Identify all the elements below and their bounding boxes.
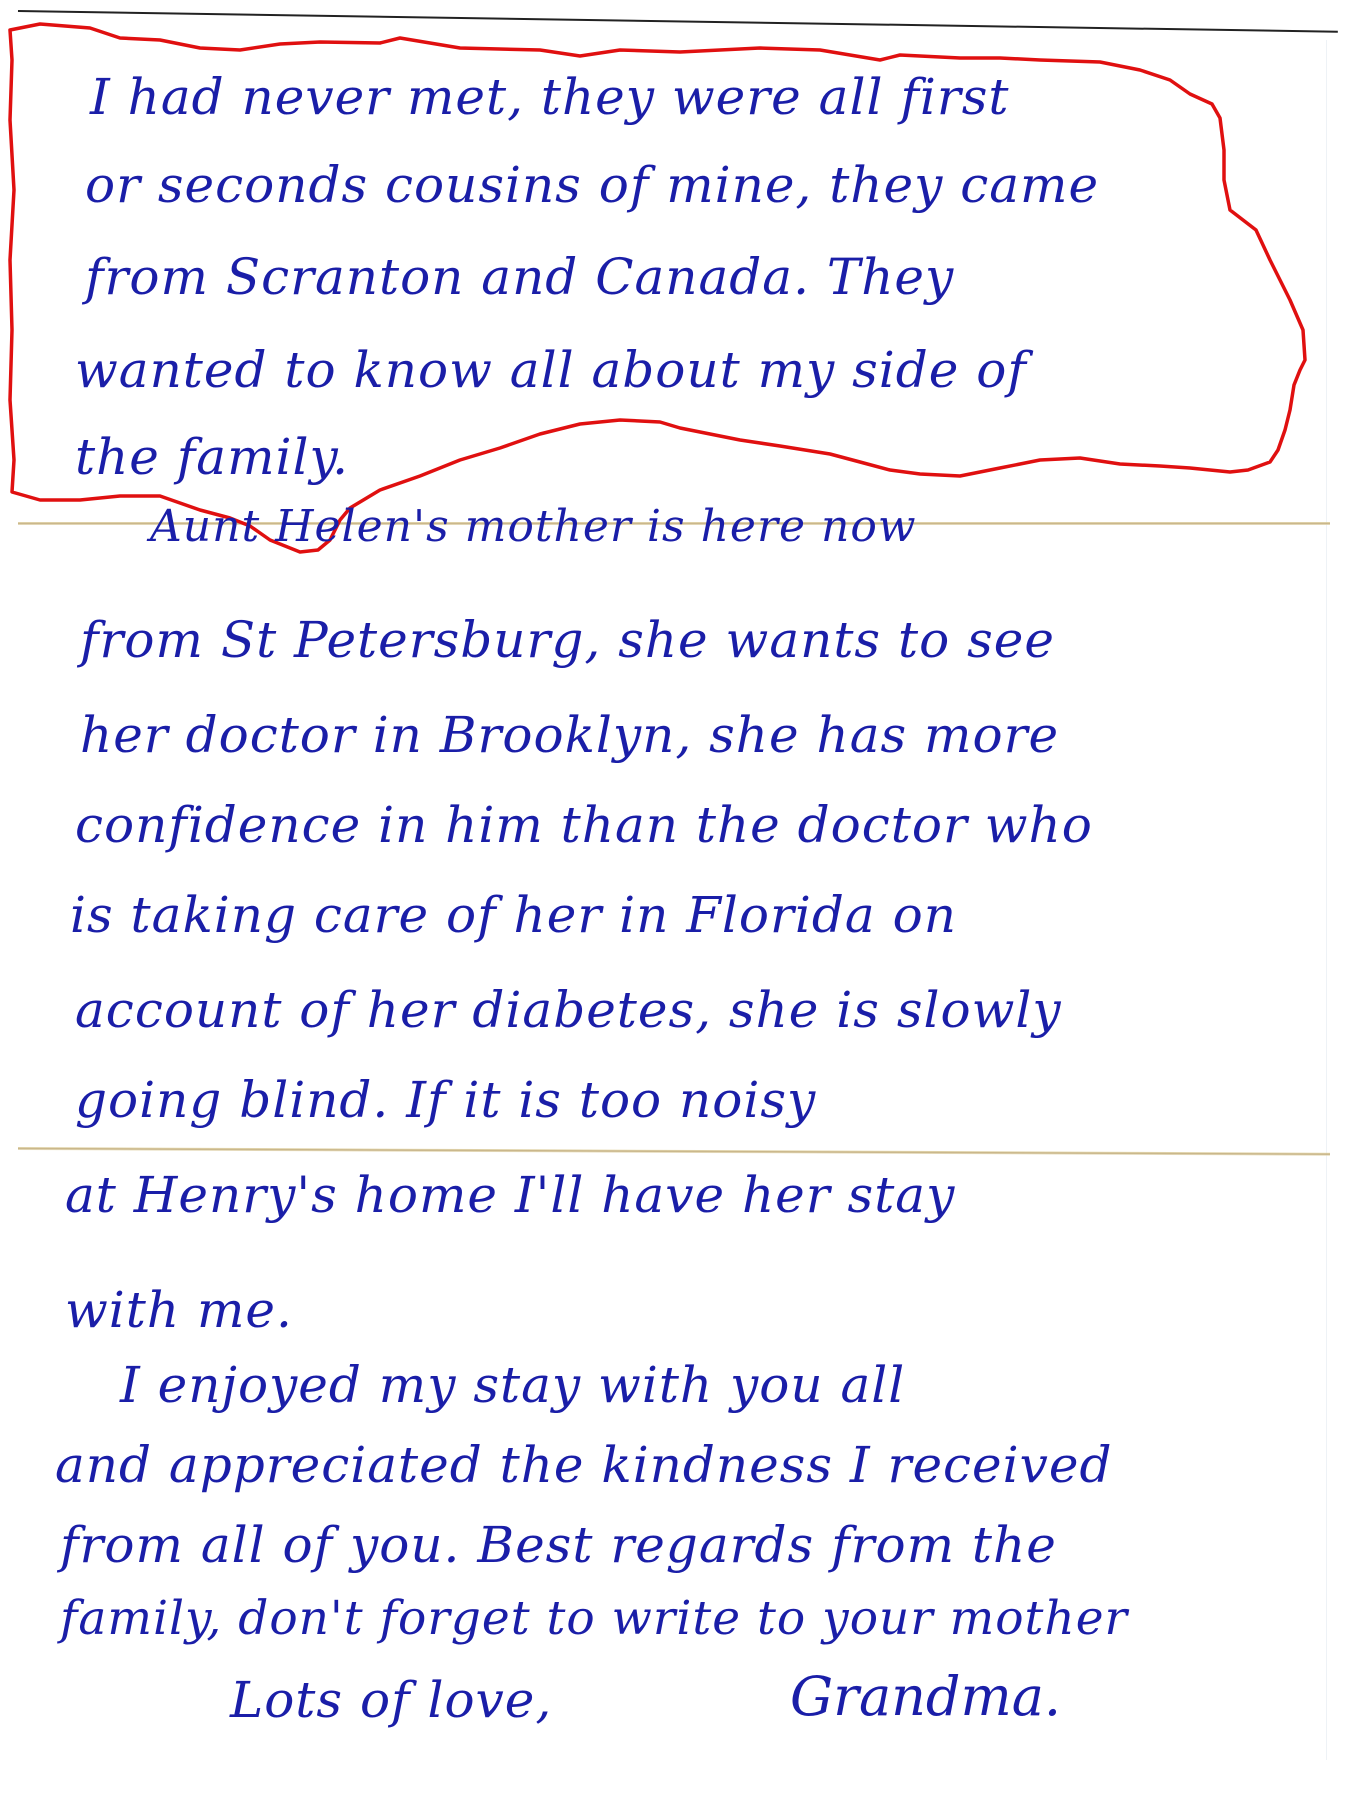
letter-line: I had never met, they were all first — [90, 72, 1010, 122]
letter-line: or seconds cousins of mine, they came — [85, 160, 1099, 210]
letter-line: the family. — [75, 432, 349, 482]
letter-line: going blind. If it is too noisy — [75, 1075, 816, 1125]
letter-line: Aunt Helen's mother is here now — [150, 505, 917, 549]
letter-page: I had never met, they were all first or … — [0, 0, 1357, 1800]
fold-line-lower — [18, 1147, 1330, 1156]
letter-line: confidence in him than the doctor who — [75, 800, 1093, 850]
letter-line: from all of you. Best regards from the — [60, 1520, 1057, 1570]
signature: Grandma. — [790, 1670, 1061, 1724]
letter-line: account of her diabetes, she is slowly — [75, 985, 1062, 1035]
letter-line: from Scranton and Canada. They — [85, 252, 954, 302]
letter-line: I enjoyed my stay with you all — [120, 1360, 905, 1410]
letter-line: her doctor in Brooklyn, she has more — [80, 710, 1059, 760]
letter-line: family, don't forget to write to your mo… — [60, 1595, 1128, 1642]
letter-line: at Henry's home I'll have her stay — [65, 1170, 955, 1220]
letter-line: and appreciated the kindness I received — [55, 1440, 1112, 1490]
letter-line: wanted to know all about my side of — [75, 345, 1027, 395]
page-top-edge — [18, 10, 1338, 33]
closing-text: Lots of love, — [230, 1675, 552, 1725]
letter-line: from St Petersburg, she wants to see — [80, 615, 1055, 665]
letter-line: with me. — [65, 1285, 293, 1335]
letter-line: is taking care of her in Florida on — [70, 890, 957, 940]
page-right-edge — [1326, 40, 1327, 1760]
